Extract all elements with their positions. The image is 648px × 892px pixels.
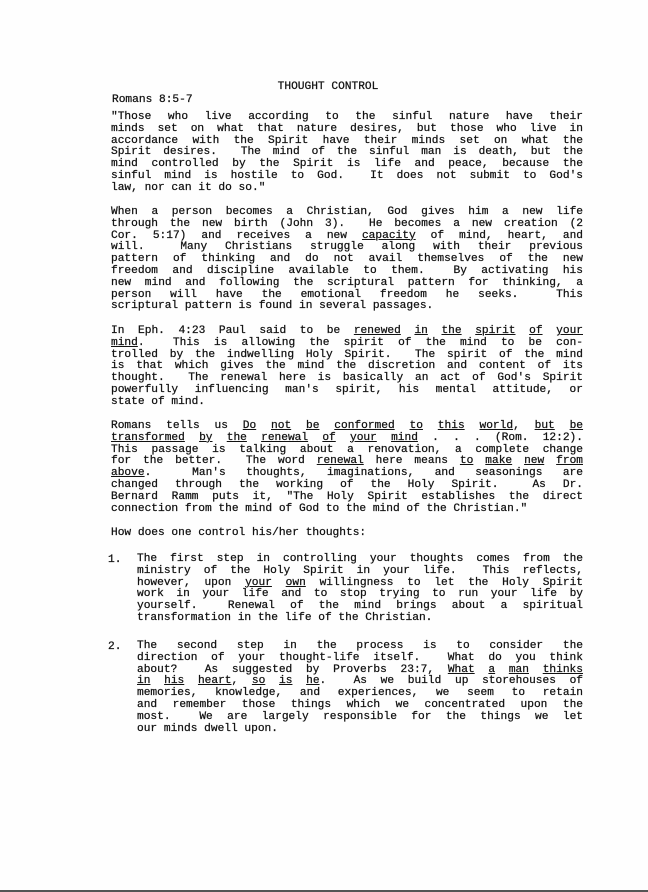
list-item-text: The second step in the process is to con… <box>137 641 583 735</box>
text-run <box>291 420 306 432</box>
text-run: mind controlled by the Spirit is life an… <box>111 158 583 170</box>
text-run: Bernard Ramm puts it, "The Holy Spirit e… <box>111 491 583 503</box>
document-page: THOUGHT CONTROL Romans 8:5-7 "Those who … <box>0 0 648 892</box>
text-run: , <box>232 675 252 687</box>
text-run: will. Many Christians struggle along wit… <box>111 241 583 253</box>
text-run: our minds dwell upon. <box>137 723 278 735</box>
text-run: accordance with the Spirit have their mi… <box>111 135 583 147</box>
underlined-phrase: by <box>199 432 212 444</box>
text-run: transformation in the life of the Christ… <box>137 612 432 624</box>
text-run: pattern of thinking and do not avail the… <box>111 253 583 265</box>
text-line: connection from the mind of God to the m… <box>111 504 583 516</box>
text-line: How does one control his/her thoughts: <box>111 528 583 540</box>
text-run <box>555 420 570 432</box>
text-run <box>247 432 261 444</box>
text-run: Romans tells us <box>111 420 243 432</box>
text-run: When a person becomes a Christian, God g… <box>111 206 583 218</box>
text-line: our minds dwell upon. <box>137 724 583 736</box>
paragraph-new-life: When a person becomes a Christian, God g… <box>111 207 583 313</box>
underlined-phrase: be <box>306 420 319 432</box>
underlined-phrase: his <box>164 675 184 687</box>
text-run <box>292 675 306 687</box>
list-number: 2. <box>108 641 121 653</box>
underlined-phrase: not <box>271 420 291 432</box>
text-run: of mind, heart, and <box>416 230 583 242</box>
text-run <box>473 455 485 467</box>
text-run: connection from the mind of God to the m… <box>111 503 527 515</box>
document-title: THOUGHT CONTROL <box>0 81 648 93</box>
underlined-phrase: in <box>137 675 150 687</box>
text-run: through the new birth (John 3). He becom… <box>111 218 583 230</box>
text-run: , <box>513 420 535 432</box>
text-run: "Those who live according to the sinful … <box>111 111 583 123</box>
text-run: Cor. 5:17) and receives a new <box>111 230 362 242</box>
text-run: . As we build up storehouses of <box>320 675 583 687</box>
text-run: minds set on what that nature desires, b… <box>111 123 583 135</box>
underlined-phrase: renewal <box>261 432 308 444</box>
underlined-phrase: but <box>535 420 555 432</box>
text-run <box>544 455 556 467</box>
underlined-phrase: your <box>556 325 583 337</box>
list-number: 1. <box>108 554 121 566</box>
text-run <box>256 420 271 432</box>
text-run <box>495 664 509 676</box>
underlined-phrase: in <box>414 325 427 337</box>
text-run: state of mind. <box>111 396 205 408</box>
underlined-phrase: transformed <box>111 432 185 444</box>
text-run <box>423 420 438 432</box>
paragraph-quote: "Those who live according to the sinful … <box>111 112 583 195</box>
text-run: The second step in the process is to con… <box>137 640 583 652</box>
underlined-phrase: is <box>279 675 292 687</box>
paragraph-romans-12: Romans tells us Do not be conformed to t… <box>111 421 583 515</box>
text-run <box>465 420 480 432</box>
underlined-phrase: What <box>448 664 475 676</box>
text-line: law, nor can it do so." <box>111 183 583 195</box>
underlined-phrase: the <box>227 432 247 444</box>
underlined-phrase: capacity <box>362 230 416 242</box>
text-run: direction of your thought-life itself. W… <box>137 652 583 664</box>
text-run <box>516 325 530 337</box>
underlined-phrase: renewal <box>317 455 364 467</box>
text-run: law, nor can it do so." <box>111 182 265 194</box>
text-run <box>475 664 489 676</box>
text-run <box>377 432 391 444</box>
text-run: new mind and following the scriptural pa… <box>111 277 583 289</box>
text-run <box>150 675 164 687</box>
scripture-reference: Romans 8:5-7 <box>112 94 193 106</box>
text-line: state of mind. <box>111 397 583 409</box>
text-run: yourself. Renewal of the mind brings abo… <box>137 600 583 612</box>
text-run <box>272 577 286 589</box>
underlined-phrase: of <box>529 325 542 337</box>
text-run: here means <box>364 455 460 467</box>
underlined-phrase: be <box>570 420 583 432</box>
text-run: powerfully influencing man's spirit, his… <box>111 384 583 396</box>
text-run: memories, knowledge, and experiences, we… <box>137 687 583 699</box>
text-line: transformation in the life of the Christ… <box>137 613 583 625</box>
text-run <box>265 675 279 687</box>
underlined-phrase: to <box>410 420 423 432</box>
text-run: is that which gives the mind the discret… <box>111 360 583 372</box>
text-run: about? As suggested by Proverbs 23:7, <box>137 664 448 676</box>
underlined-phrase: make <box>485 455 512 467</box>
text-run: How does one control his/her thoughts: <box>111 527 366 539</box>
text-run: This passage is talking about a renovati… <box>111 444 583 456</box>
paragraph-ephesians: In Eph. 4:23 Paul said to be renewed in … <box>111 326 583 409</box>
underlined-phrase: heart <box>198 675 232 687</box>
text-run <box>401 325 415 337</box>
text-run <box>529 664 543 676</box>
text-run <box>336 432 350 444</box>
underlined-phrase: thinks <box>543 664 583 676</box>
text-run: and remember those things which we conce… <box>137 699 583 711</box>
text-run <box>213 432 227 444</box>
underlined-phrase: Do <box>243 420 256 432</box>
text-run: ministry of the Holy Spirit in your life… <box>137 565 583 577</box>
underlined-phrase: from <box>556 455 583 467</box>
underlined-phrase: he <box>306 675 319 687</box>
text-run: freedom and discipline available to them… <box>111 265 583 277</box>
text-run: for the better. The word <box>111 455 317 467</box>
text-run <box>462 325 476 337</box>
underlined-phrase: renewed <box>354 325 401 337</box>
underlined-phrase: mind <box>391 432 418 444</box>
underlined-phrase: the <box>441 325 461 337</box>
text-run <box>512 455 524 467</box>
text-run <box>428 325 442 337</box>
text-run: work in your life and to stop trying to … <box>137 588 583 600</box>
text-line: scriptural pattern is found in several p… <box>111 301 583 313</box>
text-run: willingness to let the Holy Spirit <box>306 577 583 589</box>
text-run: most. We are largely responsible for the… <box>137 711 583 723</box>
text-run <box>543 325 557 337</box>
underlined-phrase: of <box>322 432 335 444</box>
underlined-phrase: new <box>524 455 544 467</box>
text-run <box>184 675 198 687</box>
underlined-phrase: world <box>479 420 513 432</box>
text-run: Spirit desires. The mind of the sinful m… <box>111 146 583 158</box>
text-run: . Man's thoughts, imaginations, and seas… <box>145 467 583 479</box>
underlined-phrase: your <box>245 577 272 589</box>
underlined-phrase: your <box>350 432 377 444</box>
text-run: . . . (Rom. 12:2). <box>418 432 583 444</box>
text-run <box>395 420 410 432</box>
text-run: . This is allowing the spirit of the min… <box>138 337 583 349</box>
text-run: sinful mind is hostile to God. It does n… <box>111 170 583 182</box>
text-run <box>185 432 199 444</box>
underlined-phrase: this <box>438 420 465 432</box>
text-run: thought. The renewal here is basically a… <box>111 372 583 384</box>
underlined-phrase: to <box>460 455 473 467</box>
list-item-text: The first step in controlling your thoug… <box>137 554 583 625</box>
text-run: scriptural pattern is found in several p… <box>111 300 433 312</box>
text-run: trolled by the indwelling Holy Spirit. T… <box>111 349 583 361</box>
text-run <box>308 432 322 444</box>
text-run: changed through the working of the Holy … <box>111 479 583 491</box>
underlined-phrase: conformed <box>334 420 394 432</box>
text-run: The first step in controlling your thoug… <box>137 553 583 565</box>
underlined-phrase: spirit <box>475 325 515 337</box>
underlined-phrase: mind <box>111 337 138 349</box>
underlined-phrase: above <box>111 467 145 479</box>
underlined-phrase: man <box>509 664 529 676</box>
text-run: however, upon <box>137 577 245 589</box>
paragraph-question: How does one control his/her thoughts: <box>111 528 583 540</box>
text-run <box>319 420 334 432</box>
text-run: person will have the emotional freedom h… <box>111 289 583 301</box>
text-run: In Eph. 4:23 Paul said to be <box>111 325 354 337</box>
underlined-phrase: so <box>252 675 265 687</box>
underlined-phrase: own <box>286 577 306 589</box>
